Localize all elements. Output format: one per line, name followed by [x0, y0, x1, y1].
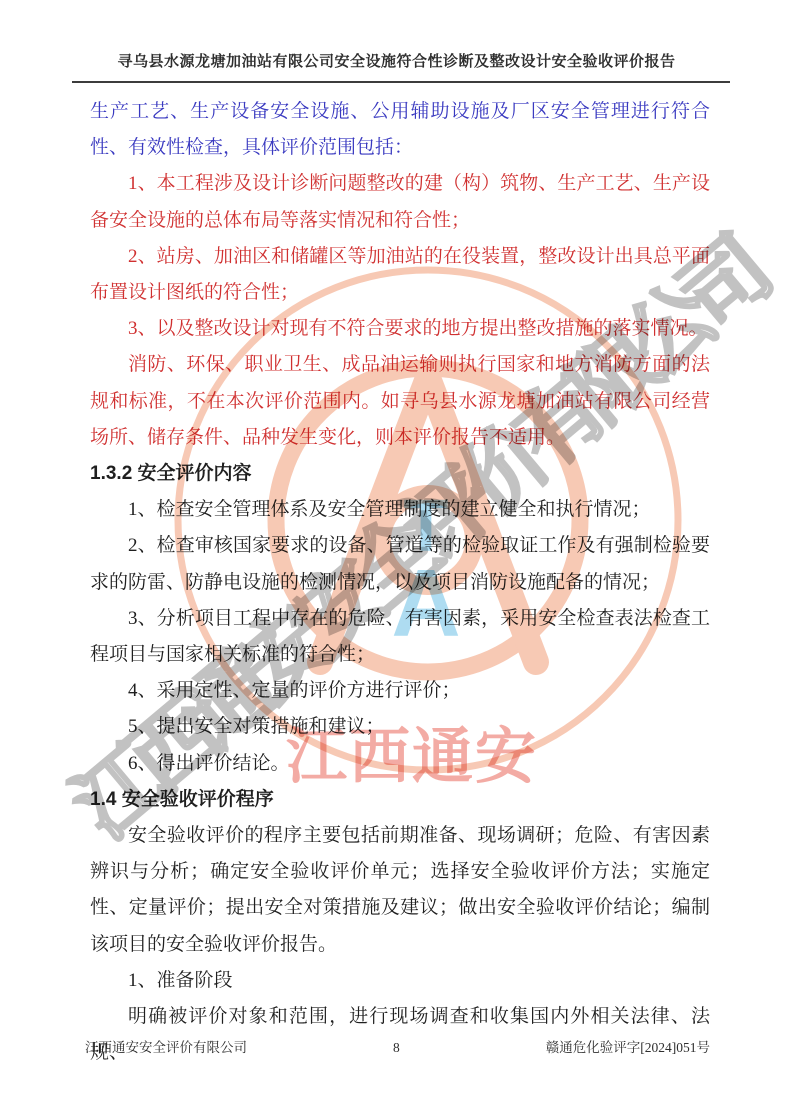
paragraph: 4、采用定性、定量的评价方进行评价；	[90, 673, 710, 709]
paragraph: 安全验收评价的程序主要包括前期准备、现场调研；危险、有害因素辨识与分析；确定安全…	[90, 818, 710, 963]
paragraph: 1、检查安全管理体系及安全管理制度的建立健全和执行情况；	[90, 492, 710, 528]
page-footer: 江西通安安全评价有限公司 8 赣通危化验评字[2024]051号	[85, 1036, 710, 1056]
document-body: 生产工艺、生产设备安全设施、公用辅助设施及厂区安全管理进行符合性、有效性检查，具…	[90, 94, 710, 1071]
header-title: 寻乌县水源龙塘加油站有限公司安全设施符合性诊断及整改设计安全验收评价报告	[0, 50, 793, 71]
paragraph: 2、站房、加油区和储罐区等加油站的在役装置，整改设计出具总平面布置设计图纸的符合…	[90, 239, 710, 311]
paragraph: 1、本工程涉及设计诊断问题整改的建（构）筑物、生产工艺、生产设备安全设施的总体布…	[90, 166, 710, 238]
paragraph: 6、得出评价结论。	[90, 746, 710, 782]
section-heading: 1.3.2 安全评价内容	[90, 456, 710, 492]
footer-doc-number: 赣通危化验评字[2024]051号	[546, 1036, 710, 1056]
paragraph: 2、检查审核国家要求的设备、管道等的检验取证工作及有强制检验要求的防雷、防静电设…	[90, 528, 710, 600]
paragraph: 3、分析项目工程中存在的危险、有害因素，采用安全检查表法检查工程项目与国家相关标…	[90, 601, 710, 673]
paragraph: 消防、环保、职业卫生、成品油运输则执行国家和地方消防方面的法规和标准，不在本次评…	[90, 347, 710, 456]
paragraph: 3、以及整改设计对现有不符合要求的地方提出整改措施的落实情况。	[90, 311, 710, 347]
header-rule	[72, 81, 730, 83]
section-heading: 1.4 安全验收评价程序	[90, 782, 710, 818]
paragraph: 生产工艺、生产设备安全设施、公用辅助设施及厂区安全管理进行符合性、有效性检查，具…	[90, 94, 710, 166]
document-page: 寻乌县水源龙塘加油站有限公司安全设施符合性诊断及整改设计安全验收评价报告 生产工…	[0, 0, 793, 1120]
footer-page-number: 8	[393, 1040, 400, 1056]
paragraph: 5、提出安全对策措施和建议；	[90, 709, 710, 745]
footer-company: 江西通安安全评价有限公司	[85, 1036, 247, 1056]
paragraph: 1、准备阶段	[90, 963, 710, 999]
